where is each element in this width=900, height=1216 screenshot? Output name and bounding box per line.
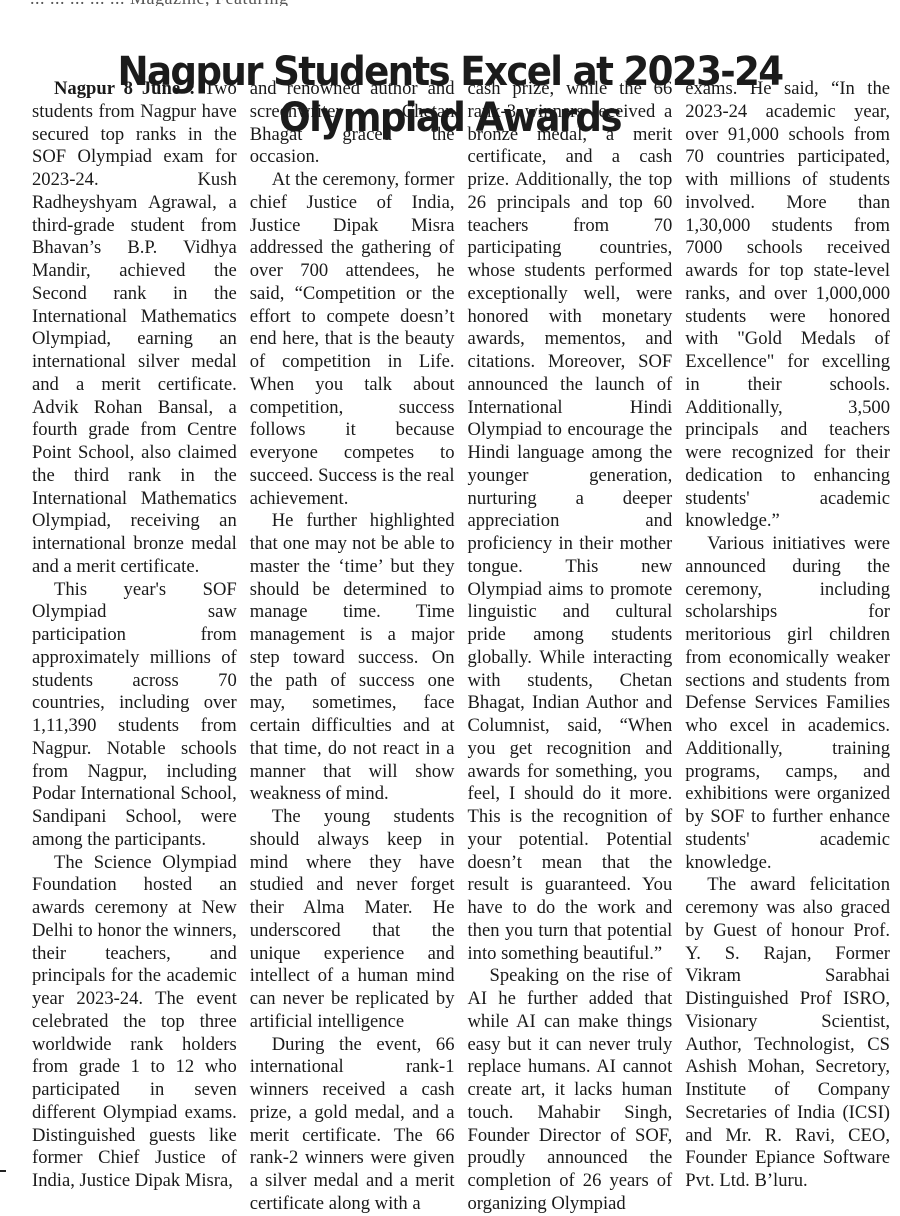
paragraph-text: Two students from Nagpur have secured to… bbox=[32, 78, 237, 577]
column-1: Nagpur 8 June : Two students from Nagpur… bbox=[32, 78, 237, 1216]
paragraph: cash prize, while the 66 rank-3 winners … bbox=[468, 78, 673, 965]
paragraph: At the ceremony, former chief Justice of… bbox=[250, 169, 455, 510]
paragraph: The young students should always keep in… bbox=[250, 806, 455, 1034]
article-body: Nagpur 8 June : Two students from Nagpur… bbox=[32, 78, 890, 1216]
previous-article-cut-text: ... ... ... ... ... Magazine, Featuring bbox=[30, 0, 890, 6]
paragraph: The Science Olympiad Foundation hosted a… bbox=[32, 852, 237, 1193]
paragraph: He further highlighted that one may not … bbox=[250, 510, 455, 806]
paragraph: and renowned author and screenwriter Che… bbox=[250, 78, 455, 169]
column-4: exams. He said, “In the 2023-24 academic… bbox=[685, 78, 890, 1216]
paragraph: Speaking on the rise of AI he further ad… bbox=[468, 965, 673, 1215]
column-2: and renowned author and screenwriter Che… bbox=[250, 78, 455, 1216]
paragraph: During the event, 66 international rank-… bbox=[250, 1034, 455, 1216]
paragraph: Various initiatives were announced durin… bbox=[685, 533, 890, 874]
paragraph: The award felicitation ceremony was also… bbox=[685, 874, 890, 1193]
margin-mark bbox=[0, 1170, 6, 1172]
dateline: Nagpur 8 June : bbox=[54, 78, 195, 99]
paragraph: Nagpur 8 June : Two students from Nagpur… bbox=[32, 78, 237, 579]
paragraph: exams. He said, “In the 2023-24 academic… bbox=[685, 78, 890, 533]
column-3: cash prize, while the 66 rank-3 winners … bbox=[468, 78, 673, 1216]
paragraph: This year's SOF Olympiad saw participati… bbox=[32, 579, 237, 852]
